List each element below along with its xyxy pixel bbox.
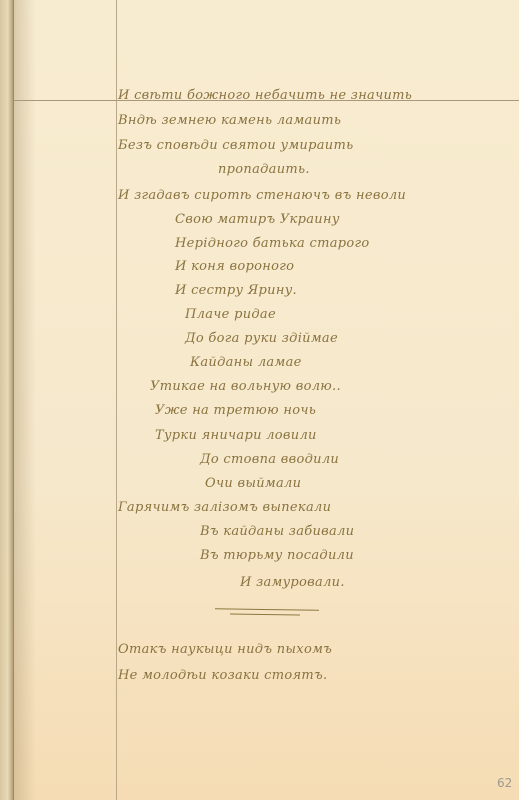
text-line: Отакъ наукыци нидъ пыхомъ [118, 642, 332, 657]
section-divider [230, 614, 300, 616]
text-line: Безъ сповѣди святои умираить [118, 138, 353, 153]
text-line: Не молодѣи козаки стоятъ. [118, 668, 327, 683]
text-line: И коня вороного [175, 259, 294, 274]
section-divider [215, 608, 319, 610]
text-line: Турки яничари ловили [155, 428, 317, 443]
text-line: До стовпа вводили [200, 452, 339, 467]
manuscript-page: И свѣти божного небачить не значить Вндѣ… [0, 0, 519, 800]
text-line: Кайданы ламае [190, 355, 302, 370]
text-line: И згадавъ сиротѣ стенаючъ въ неволи [118, 188, 406, 203]
text-line: И свѣти божного небачить не значить [118, 88, 412, 103]
text-line: Плаче ридае [185, 307, 276, 322]
text-line: Вндѣ земнею камень ламаить [118, 113, 341, 128]
text-line: пропадаить. [218, 162, 310, 177]
text-line: Гарячимъ залізомъ выпекали [118, 500, 331, 515]
text-line: Свою матиръ Украину [175, 212, 340, 227]
text-line: Утикае на вольную волю.. [150, 379, 341, 394]
text-line: И сестру Ярину. [175, 283, 297, 298]
text-line: Въ кайданы забивали [200, 524, 354, 539]
text-line: Уже на третюю ночь [155, 403, 316, 418]
text-line: Въ тюрьму посадили [200, 548, 354, 563]
handwritten-text: И свѣти божного небачить не значить Вндѣ… [0, 0, 519, 800]
page-number: 62 [497, 776, 512, 790]
text-line: Нерідного батька старого [175, 236, 370, 251]
text-line: И замуровали. [240, 575, 345, 590]
text-line: Очи выймали [205, 476, 301, 491]
text-line: До бога руки здіймае [185, 331, 338, 346]
